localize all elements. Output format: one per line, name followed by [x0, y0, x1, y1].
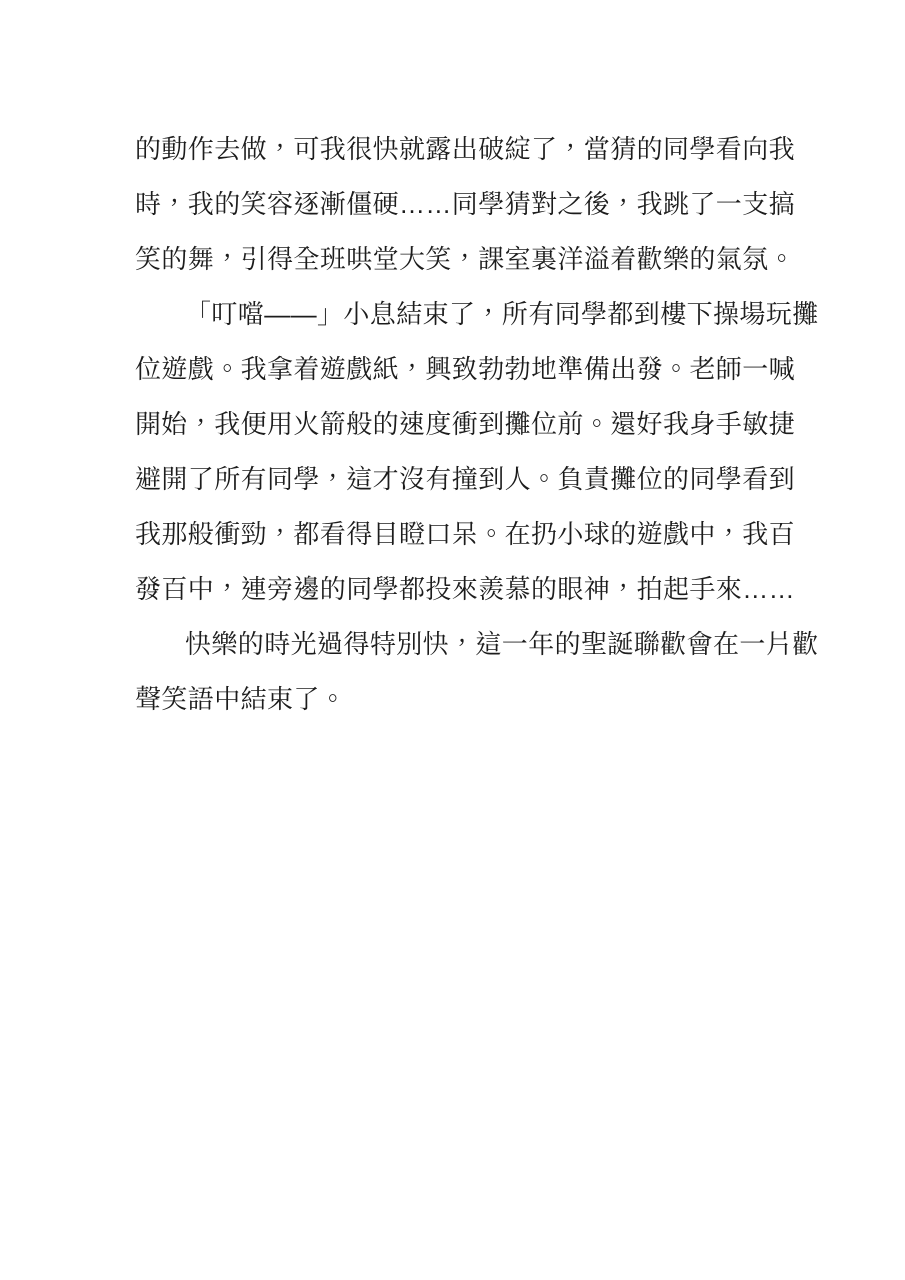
paragraph: 「叮噹——」小息結束了，所有同學都到樓下操場玩攤位遊戲。我拿着遊戲紙，興致勃勃地…: [135, 287, 795, 617]
essay-text-block: 的動作去做，可我很快就露出破綻了，當猜的同學看向我時，我的笑容逐漸僵硬……同學猜…: [135, 122, 795, 727]
text-line: 笑的舞，引得全班哄堂大笑，課室裏洋溢着歡樂的氣氛。: [135, 232, 795, 287]
text-line: 位遊戲。我拿着遊戲紙，興致勃勃地準備出發。老師一喊: [135, 342, 795, 397]
text-line: 發百中，連旁邊的同學都投來羨慕的眼神，拍起手來……: [135, 562, 795, 617]
text-line: 開始，我便用火箭般的速度衝到攤位前。還好我身手敏捷: [135, 397, 795, 452]
text-line: 時，我的笑容逐漸僵硬……同學猜對之後，我跳了一支搞: [135, 177, 795, 232]
text-line: 我那般衝勁，都看得目瞪口呆。在扔小球的遊戲中，我百: [135, 507, 795, 562]
text-line: 快樂的時光過得特別快，這一年的聖誕聯歡會在一片歡: [135, 617, 795, 672]
paragraph: 快樂的時光過得特別快，這一年的聖誕聯歡會在一片歡聲笑語中結束了。: [135, 617, 795, 727]
text-line: 的動作去做，可我很快就露出破綻了，當猜的同學看向我: [135, 122, 795, 177]
document-page: 的動作去做，可我很快就露出破綻了，當猜的同學看向我時，我的笑容逐漸僵硬……同學猜…: [0, 0, 905, 1280]
text-line: 避開了所有同學，這才沒有撞到人。負責攤位的同學看到: [135, 452, 795, 507]
text-line: 「叮噹——」小息結束了，所有同學都到樓下操場玩攤: [135, 287, 795, 342]
paragraph: 的動作去做，可我很快就露出破綻了，當猜的同學看向我時，我的笑容逐漸僵硬……同學猜…: [135, 122, 795, 287]
text-line: 聲笑語中結束了。: [135, 672, 795, 727]
